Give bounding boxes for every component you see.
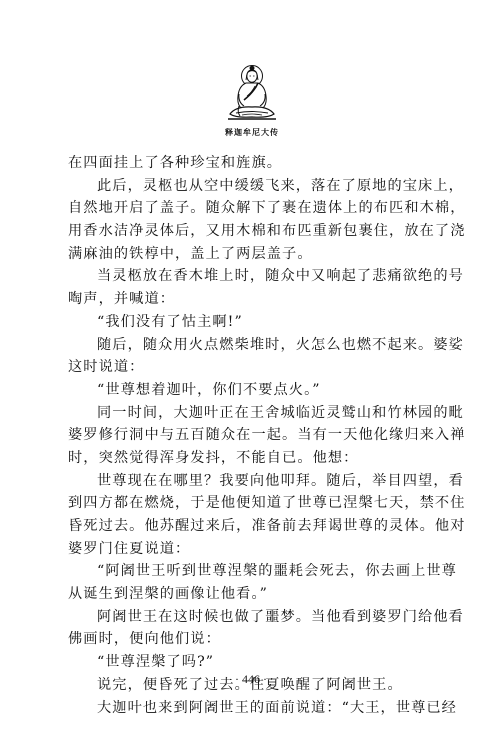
text-line: 佛画时，便向他们说： <box>68 628 440 651</box>
text-line: 随后，随众用火点燃柴堆时，火怎么也燃不起来。婆娑 <box>68 334 440 357</box>
text-line: 阿阇世王在这时候也做了噩梦。当他看到婆罗门给他看 <box>68 606 440 629</box>
text-line: “世尊想着迦叶，你们不要点火。” <box>68 379 440 402</box>
text-line: 用香水洁净灵体后，又用木棉和布匹重新包裹住，放在了浇 <box>68 220 440 243</box>
text-line: 啕声，并喊道： <box>68 288 440 311</box>
text-line: 当灵柩放在香木堆上时，随众中又响起了悲痛欲绝的号 <box>68 265 440 288</box>
text-line: 世尊现在在哪里？我要向他叩拜。随后，举目四望，看 <box>68 470 440 493</box>
text-line: 昏死过去。他苏醒过来后，准备前去拜谒世尊的灵体。他对 <box>68 515 440 538</box>
text-line: 自然地开启了盖子。随众解下了裹在遗体上的布匹和木棉， <box>68 197 440 220</box>
text-line: “阿阇世王听到世尊涅槃的噩耗会死去，你去画上世尊 <box>68 560 440 583</box>
text-line: 从诞生到涅槃的画像让他看。” <box>68 583 440 606</box>
text-line: 到四方都在燃烧，于是他便知道了世尊已涅槃七天，禁不住 <box>68 492 440 515</box>
text-line: 婆罗门住夏说道： <box>68 538 440 561</box>
book-page: 释迦牟尼大传 在四面挂上了各种珍宝和旌旗。 此后，灵柩也从空中缓缓飞来，落在了原… <box>0 0 502 747</box>
text-line: 在四面挂上了各种珍宝和旌旗。 <box>68 152 440 175</box>
text-line: 同一时间，大迦叶正在王舍城临近灵鹫山和竹林园的毗 <box>68 402 440 425</box>
text-line: 大迦叶也来到阿阇世王的面前说道：“大王，世尊已经 <box>68 697 440 720</box>
text-line: “我们没有了怙主啊!” <box>68 311 440 334</box>
body-text: 在四面挂上了各种珍宝和旌旗。 此后，灵柩也从空中缓缓飞来，落在了原地的宝床上， … <box>68 152 440 719</box>
page-number: · 446 · <box>0 672 502 687</box>
text-line: 婆罗修行洞中与五百随众在一起。当有一天他化缘归来入禅 <box>68 424 440 447</box>
text-line: 这时说道： <box>68 356 440 379</box>
running-header-title: 释迦牟尼大传 <box>200 127 304 138</box>
text-line: “世尊涅槃了吗?” <box>68 651 440 674</box>
text-line: 此后，灵柩也从空中缓缓飞来，落在了原地的宝床上， <box>68 175 440 198</box>
text-line: 时，突然觉得浑身发抖，不能自已。他想： <box>68 447 440 470</box>
text-line: 满麻油的铁椁中，盖上了两层盖子。 <box>68 243 440 266</box>
buddha-figure-icon <box>222 62 282 124</box>
